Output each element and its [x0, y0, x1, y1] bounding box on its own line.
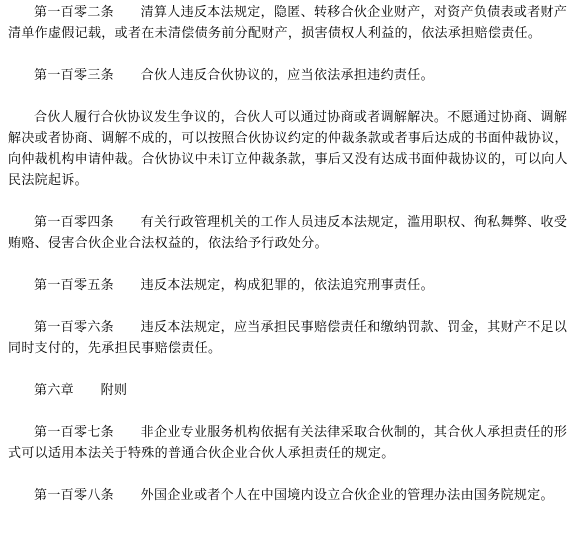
article-gap: [114, 5, 141, 20]
article-104-paragraph: 第一百零四条 有关行政管理机关的工作人员违反本法规定，滥用职权、徇私舞弊、收受贿…: [8, 212, 570, 254]
article-text: 违反本法规定，构成犯罪的，依法追究刑事责任。: [141, 278, 434, 293]
article-102-paragraph: 第一百零二条 清算人违反本法规定，隐匿、转移合伙企业财产，对资产负债表或者财产清…: [8, 2, 570, 44]
chapter-title: 附则: [101, 383, 128, 398]
article-number: 第一百零六条: [34, 320, 114, 335]
article-number: 第一百零二条: [34, 5, 114, 20]
article-105-paragraph: 第一百零五条 违反本法规定，构成犯罪的，依法追究刑事责任。: [8, 275, 570, 296]
article-text: 外国企业或者个人在中国境内设立合伙企业的管理办法由国务院规定。: [141, 488, 554, 503]
article-gap: [114, 425, 141, 440]
article-number: 第一百零三条: [34, 68, 114, 83]
article-gap: [114, 488, 141, 503]
article-gap: [114, 68, 141, 83]
article-text: 合伙人违反合伙协议的，应当依法承担违约责任。: [141, 68, 434, 83]
article-number: 第一百零七条: [34, 425, 114, 440]
chapter-6-heading: 第六章 附则: [8, 380, 570, 401]
article-gap: [114, 215, 141, 230]
article-106-paragraph: 第一百零六条 违反本法规定，应当承担民事赔偿责任和缴纳罚款、罚金，其财产不足以同…: [8, 317, 570, 359]
article-103-paragraph: 第一百零三条 合伙人违反合伙协议的，应当依法承担违约责任。: [8, 65, 570, 86]
chapter-number: 第六章: [34, 383, 74, 398]
article-gap: [114, 278, 141, 293]
article-number: 第一百零四条: [34, 215, 114, 230]
chapter-gap: [74, 383, 101, 398]
article-number: 第一百零八条: [34, 488, 114, 503]
article-text: 合伙人履行合伙协议发生争议的，合伙人可以通过协商或者调解解决。不愿通过协商、调解…: [8, 110, 568, 188]
article-gap: [114, 320, 141, 335]
article-103-clause-2-paragraph: 合伙人履行合伙协议发生争议的，合伙人可以通过协商或者调解解决。不愿通过协商、调解…: [8, 107, 570, 191]
article-108-paragraph: 第一百零八条 外国企业或者个人在中国境内设立合伙企业的管理办法由国务院规定。: [8, 485, 570, 506]
law-document-body: 第一百零二条 清算人违反本法规定，隐匿、转移合伙企业财产，对资产负债表或者财产清…: [8, 2, 570, 506]
article-number: 第一百零五条: [34, 278, 114, 293]
article-107-paragraph: 第一百零七条 非企业专业服务机构依据有关法律采取合伙制的，其合伙人承担责任的形式…: [8, 422, 570, 464]
